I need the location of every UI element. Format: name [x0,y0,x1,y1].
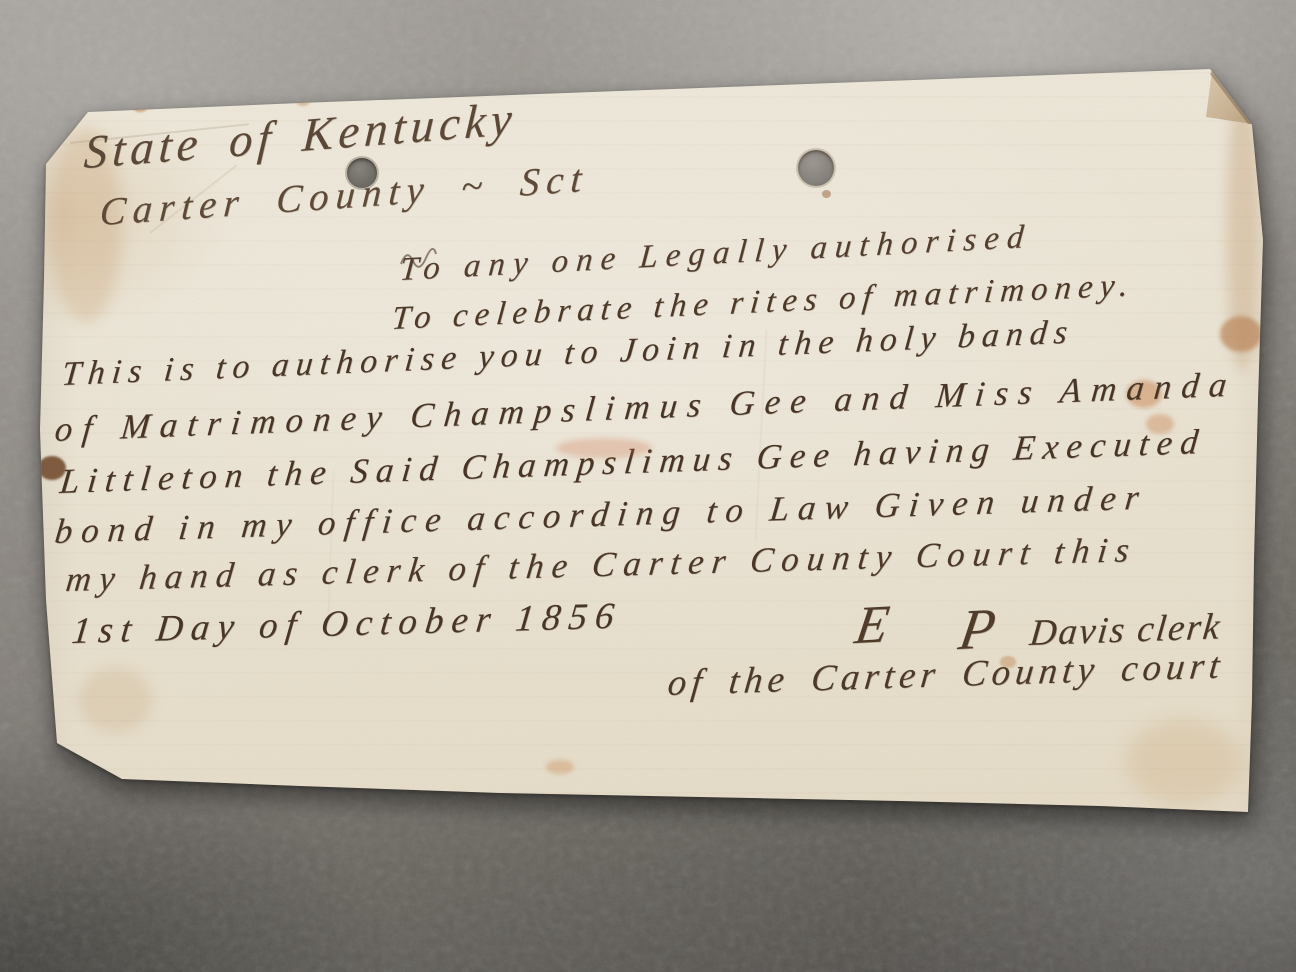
paper-shadow-wrapper: State of Kentucky Carter County ~ Sct To… [0,0,1296,972]
stain-mark [296,96,310,106]
document-paper: State of Kentucky Carter County ~ Sct To… [0,0,1296,972]
stain-mark [132,100,148,112]
punch-hole-left [347,158,377,188]
stain-mark [822,190,831,198]
stain-mark [1126,720,1242,804]
photograph-of-document: State of Kentucky Carter County ~ Sct To… [0,0,1296,972]
stain-mark [546,760,574,774]
ink-smudge [556,438,652,458]
stain-mark [1226,82,1258,372]
punch-hole-right [798,150,834,186]
stain-mark [78,668,152,732]
